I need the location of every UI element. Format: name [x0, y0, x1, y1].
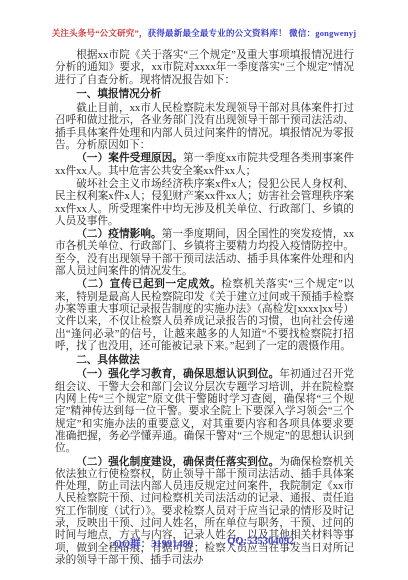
- paragraph-lead: （一）案件受理原因。: [76, 153, 183, 164]
- header-promo-line: 关注头条号“公文研究”，获得最新最全最专业的公文资料库！ 微信：gongweny…: [0, 27, 408, 39]
- paragraph-case-acceptance: （一）案件受理原因。第一季度xx市院共受理各类刑事案件xx件xx人。其中危害公共…: [55, 153, 354, 178]
- paragraph-lead: （二）疫情影响。: [76, 229, 162, 240]
- footer-contact-line: QQ群：31991489 QQ:535304092: [0, 536, 408, 551]
- paragraph-lead: （二）强化制度建设，确保责任落实到位。: [76, 457, 279, 468]
- paragraph-study-education: （一）强化学习教育，确保思想认识到位。年初通过召开党组会议、干警大会和部门会议分…: [55, 369, 354, 455]
- section-heading-2: 二、具体做法: [55, 355, 354, 367]
- paragraph-text: 根据xx市院《关于落实“三个规定”及重大事项填报情况进行分析的通知》要求，xx市…: [55, 50, 354, 86]
- footer-qq: QQ:535304092: [227, 536, 294, 551]
- promo-red-text: 关注头条号“公文研究”，: [52, 28, 148, 38]
- document-body: 根据xx市院《关于落实“三个规定”及重大事项填报情况进行分析的通知》要求，xx市…: [55, 50, 354, 568]
- section-heading-1: 一、填报情况分析: [55, 89, 354, 101]
- paragraph-lead: （一）强化学习教育，确保思想认识到位。: [76, 369, 279, 380]
- paragraph-analysis-overview: 截止目前，xx市人民检察院未发现领导干部对具体案件打过召呼和做过批示，各业务部门…: [55, 103, 354, 152]
- paragraph-lead: （二）宣传已起到一定成效。: [76, 279, 221, 290]
- promo-blue-text: 获得最新最全最专业的公文资料库！ 微信：gongwenyj: [148, 28, 357, 38]
- paragraph-text: 截止目前，xx市人民检察院未发现领导干部对具体案件打过召呼和做过批示，各业务部门…: [55, 103, 354, 151]
- paragraph-case-detail: 破坏社会主义市场经济秩序案x件x人；侵犯公民人身权利、民主权利案x件x人；侵犯财…: [55, 179, 354, 228]
- paragraph-intro: 根据xx市院《关于落实“三个规定”及重大事项填报情况进行分析的通知》要求，xx市…: [55, 50, 354, 87]
- paragraph-text: 年初通过召开党组会议、干警大会和部门会议分层次专题学习培训，并在院检察内网上传“…: [55, 369, 354, 454]
- paragraph-publicity: （二）宣传已起到一定成效。检察机关落实“三个规定”以来，特别是最高人民检察院印发…: [55, 279, 354, 353]
- document-page: 关注头条号“公文研究”，获得最新最全最专业的公文资料库！ 微信：gongweny…: [0, 0, 408, 580]
- paragraph-text: 破坏社会主义市场经济秩序案x件x人；侵犯公民人身权利、民主权利案x件x人；侵犯财…: [55, 179, 354, 227]
- footer-qq-group: QQ群：31991489: [114, 536, 193, 551]
- paragraph-epidemic: （二）疫情影响。第一季度期间，因全国性的突发疫情，xx市各机关单位、行政部门、乡…: [55, 229, 354, 278]
